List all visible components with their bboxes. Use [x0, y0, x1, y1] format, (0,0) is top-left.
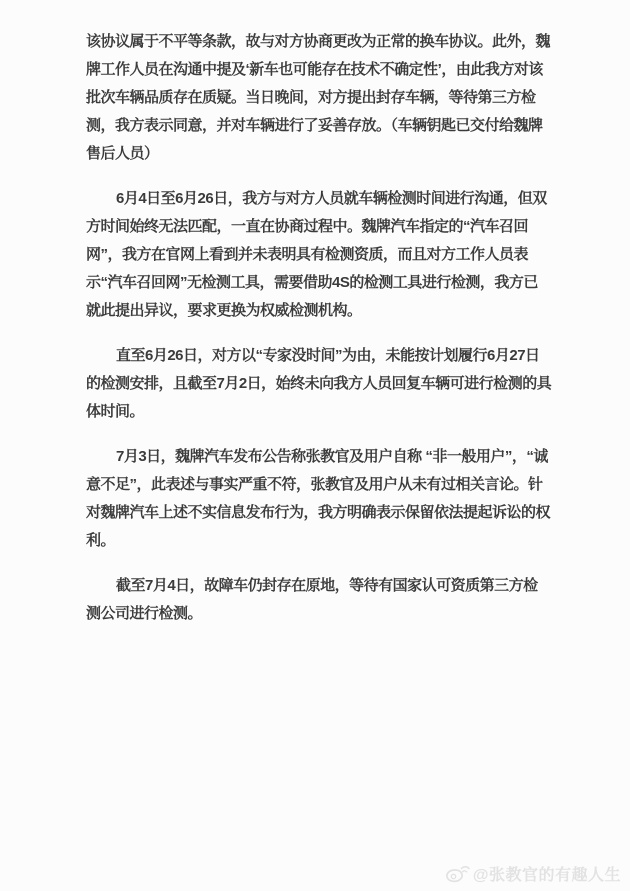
statement-paragraph: 该协议属于不平等条款，故与对方协商更改为正常的换车协议。此外，魏牌工作人员在沟通…	[86, 28, 552, 168]
statement-paragraph: 7月3日，魏牌汽车发布公告称张教官及用户自称 “非一般用户”，“诚意不足”，此表…	[86, 443, 552, 555]
weibo-logo-icon	[444, 863, 470, 885]
watermark-handle: @张教官的有趣人生	[473, 862, 621, 885]
statement-paragraph: 直至6月26日，对方以“专家没时间”为由，未能按计划履行6月27日的检测安排，且…	[86, 342, 552, 426]
statement-paragraph: 截至7月4日，故障车仍封存在原地，等待有国家认可资质第三方检测公司进行检测。	[86, 572, 552, 628]
statement-body: 该协议属于不平等条款，故与对方协商更改为正常的换车协议。此外，魏牌工作人员在沟通…	[86, 28, 552, 645]
statement-page: 该协议属于不平等条款，故与对方协商更改为正常的换车协议。此外，魏牌工作人员在沟通…	[0, 0, 630, 891]
watermark: @张教官的有趣人生	[444, 862, 621, 885]
statement-paragraph: 6月4日至6月26日，我方与对方人员就车辆检测时间进行沟通，但双方时间始终无法匹…	[86, 185, 552, 325]
